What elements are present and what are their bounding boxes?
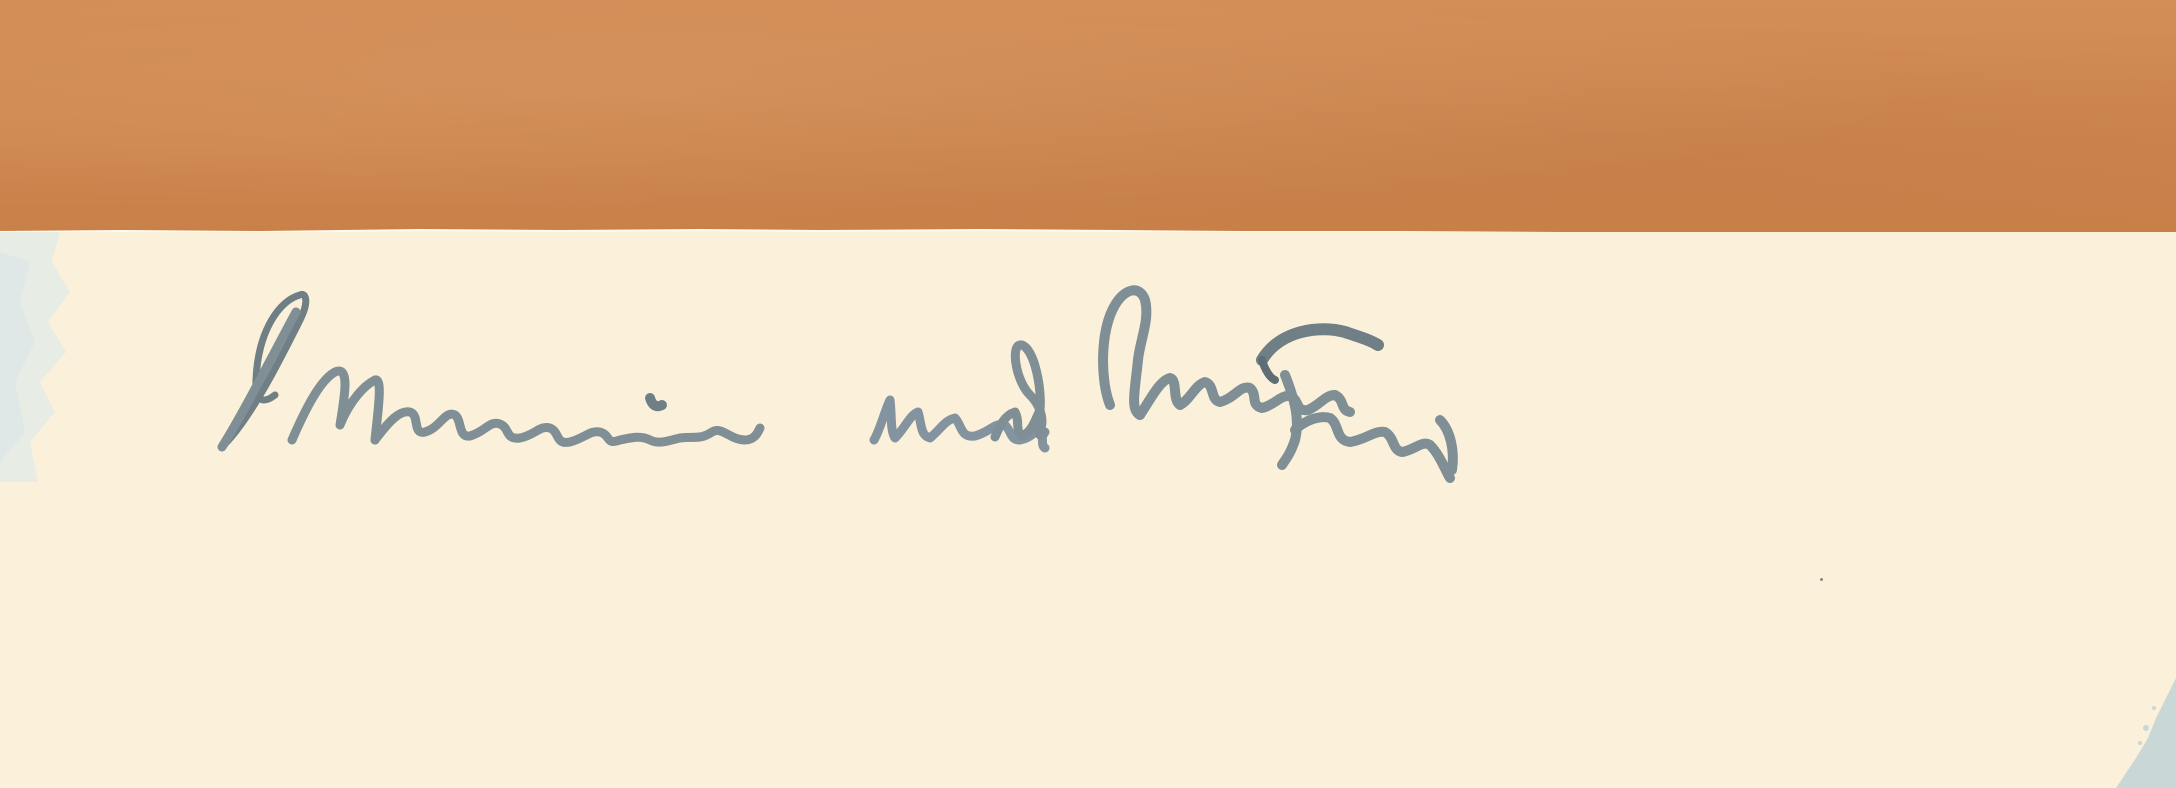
signature-word-1 [222, 294, 760, 447]
handwritten-signature [0, 0, 2176, 788]
signature-word-3 [995, 345, 1045, 437]
photo-scene: Mesonsin um di Cenatone [0, 0, 2176, 788]
signature-word-4 [1103, 290, 1453, 478]
